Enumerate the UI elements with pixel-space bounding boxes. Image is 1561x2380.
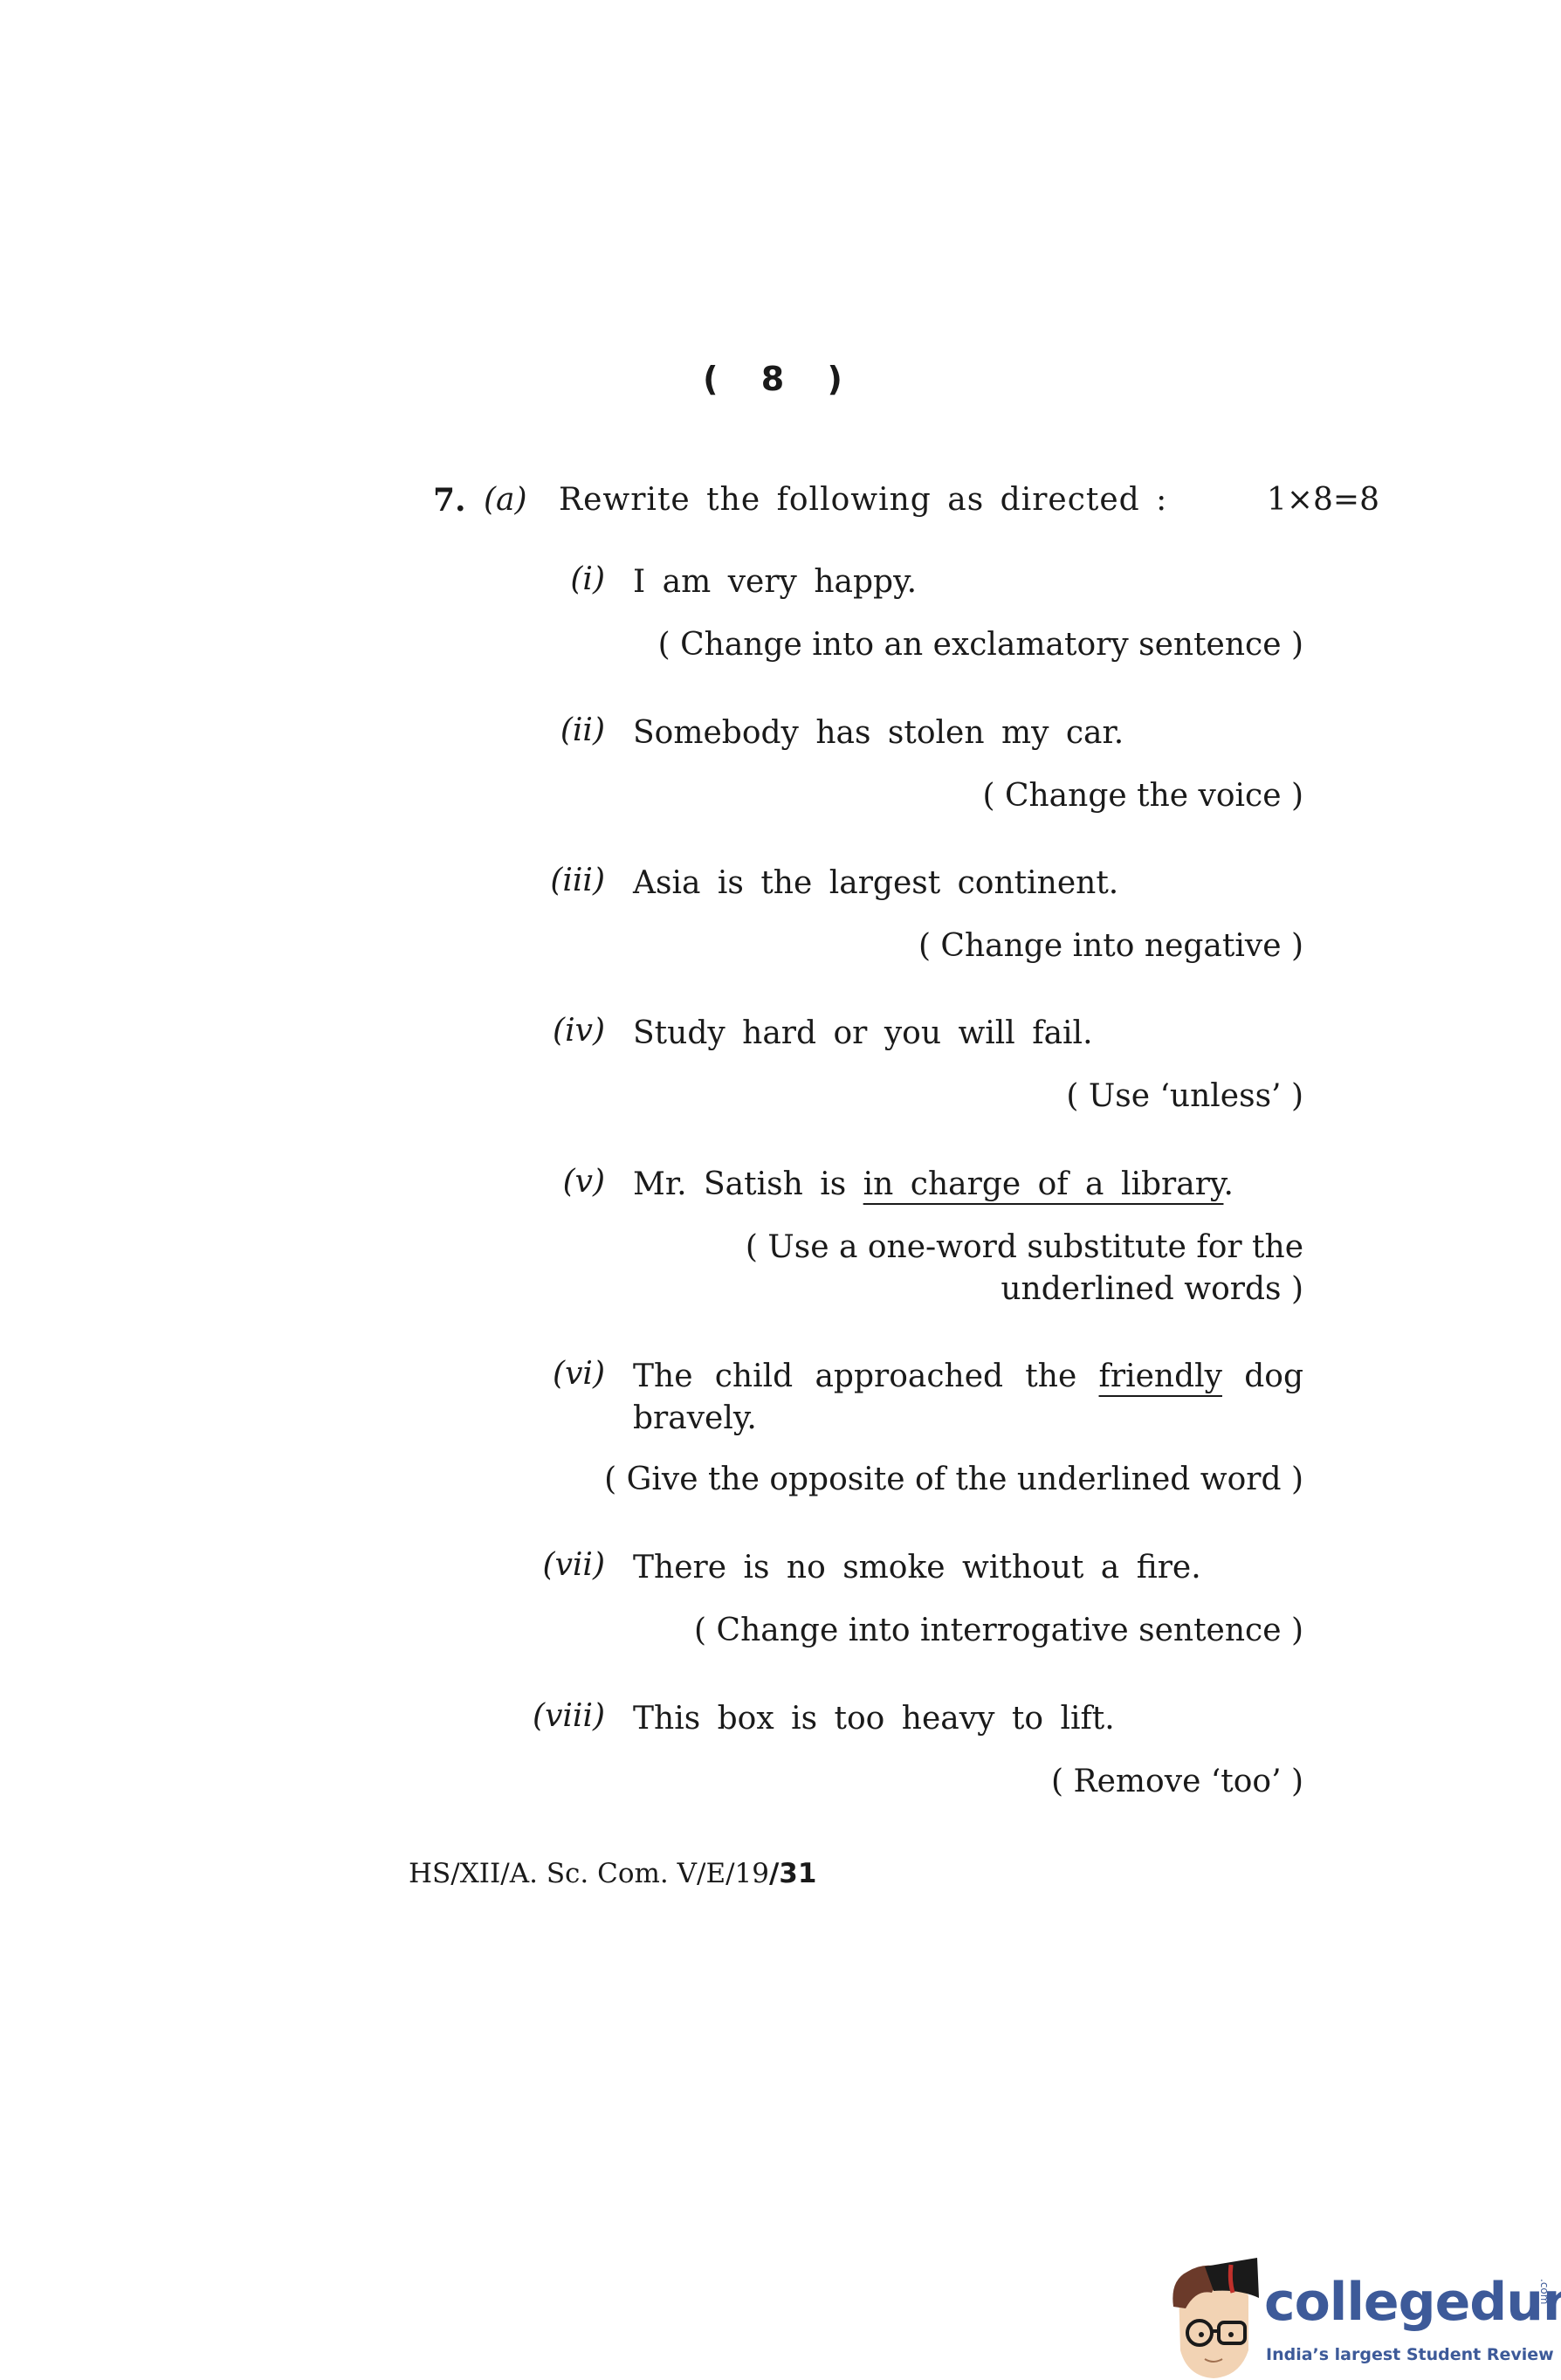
paper-code: HS/XII/A. Sc. Com. V/E/19/31 [409, 1858, 816, 1889]
item-direction: ( Change into an exclamatory sentence ) [658, 624, 1303, 666]
item-sentence: This box is too heavy to lift. [633, 1698, 1303, 1740]
item-sentence: Mr. Satish is in charge of a library. [633, 1164, 1303, 1206]
list-item: (iv) Study hard or you will fail. ( Use … [524, 1013, 1303, 1118]
item-label: (viii) [533, 1698, 605, 1734]
item-label: (iii) [550, 863, 605, 898]
brand-name: collegedunia [1264, 2272, 1561, 2333]
question-subpart: (a) [484, 482, 527, 518]
question-header: 7. (a) Rewrite the following as directed… [433, 482, 1379, 531]
item-direction: ( Remove ‘too’ ) [1051, 1761, 1303, 1803]
collegedunia-watermark: collegedunia .com India’s largest Studen… [1161, 2254, 1561, 2380]
question-marks: 1×8=8 [1267, 482, 1379, 518]
item-sentence: Study hard or you will fail. [633, 1013, 1303, 1055]
item-label: (vi) [553, 1356, 605, 1392]
item-direction: ( Use a one-word substitute for the unde… [746, 1227, 1303, 1310]
item-label: (vii) [543, 1547, 605, 1583]
page-number: ( 8 ) [0, 360, 1561, 398]
item-direction: ( Change into interrogative sentence ) [694, 1610, 1303, 1652]
item-sentence: I am very happy. [633, 561, 1303, 603]
list-item: (vii) There is no smoke without a fire. … [524, 1547, 1303, 1652]
item-direction: ( Use ‘unless’ ) [1066, 1076, 1303, 1118]
item-sentence: There is no smoke without a fire. [633, 1547, 1303, 1589]
list-item: (iii) Asia is the largest continent. ( C… [524, 863, 1303, 967]
list-item: (vi) The child approached the friendly d… [524, 1356, 1303, 1504]
item-direction: ( Give the opposite of the underlined wo… [604, 1459, 1303, 1501]
list-item: (i) I am very happy. ( Change into an ex… [524, 561, 1303, 666]
item-label: (iv) [553, 1013, 605, 1049]
brand-domain: .com [1538, 2279, 1551, 2304]
mascot-icon [1161, 2254, 1266, 2380]
question-number: 7. [433, 482, 466, 519]
underlined-word: friendly [1099, 1359, 1222, 1394]
list-item: (v) Mr. Satish is in charge of a library… [524, 1164, 1303, 1312]
brand-tagline: India’s largest Student Review Platform [1266, 2345, 1561, 2364]
item-label: (v) [563, 1164, 605, 1200]
item-sentence: Somebody has stolen my car. [633, 712, 1303, 754]
list-item: (viii) This box is too heavy to lift. ( … [524, 1698, 1303, 1803]
item-direction: ( Change the voice ) [982, 775, 1303, 817]
item-sentence: Asia is the largest continent. [633, 863, 1303, 905]
question-instruction: Rewrite the following as directed : [559, 482, 1167, 518]
item-direction: ( Change into negative ) [918, 925, 1303, 967]
item-sentence: The child approached the friendly dog br… [633, 1356, 1303, 1440]
item-label: (i) [570, 561, 605, 597]
list-item: (ii) Somebody has stolen my car. ( Chang… [524, 712, 1303, 817]
item-label: (ii) [560, 712, 605, 748]
underlined-phrase: in charge of a library [863, 1166, 1224, 1202]
